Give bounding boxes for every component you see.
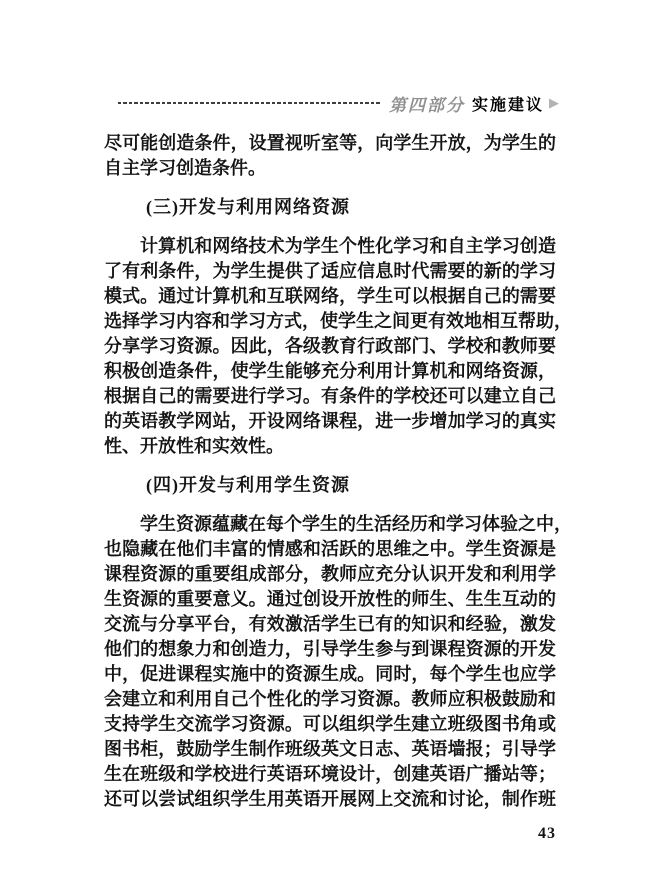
text-line: 生在班级和学校进行英语环境设计，创建英语广播站等； bbox=[104, 762, 556, 787]
text-line: 图书柜，鼓励学生制作班级英文日志、英语墙报；引导学 bbox=[104, 737, 556, 762]
text-line: 的英语教学网站，开设网络课程，进一步增加学习的真实 bbox=[104, 409, 556, 434]
section-heading: (三)开发与利用网络资源 bbox=[104, 195, 556, 220]
text-line: 他们的想象力和创造力，引导学生参与到课程资源的开发 bbox=[104, 637, 556, 662]
page-body: 尽可能创造条件，设置视听室等，向学生开放，为学生的自主学习创造条件。(三)开发与… bbox=[104, 131, 556, 812]
right-triangle-icon: ▶ bbox=[549, 97, 559, 110]
paragraph: 尽可能创造条件，设置视听室等，向学生开放，为学生的自主学习创造条件。 bbox=[104, 131, 556, 181]
section-title: 实施建议 bbox=[472, 92, 544, 115]
paragraph: 学生资源蕴藏在每个学生的生活经历和学习体验之中，也隐藏在他们丰富的情感和活跃的思… bbox=[104, 512, 556, 812]
text-line: 分享学习资源。因此，各级教育行政部门、学校和教师要 bbox=[104, 334, 556, 359]
section-heading: (四)开发与利用学生资源 bbox=[104, 473, 556, 498]
text-line: 生资源的重要意义。通过创设开放性的师生、生生互动的 bbox=[104, 587, 556, 612]
text-line: 支持学生交流学习资源。可以组织学生建立班级图书角或 bbox=[104, 712, 556, 737]
text-line: 积极创造条件，使学生能够充分利用计算机和网络资源， bbox=[104, 359, 556, 384]
text-line: 根据自己的需要进行学习。有条件的学校还可以建立自己 bbox=[104, 384, 556, 409]
text-line: 选择学习内容和学习方式，使学生之间更有效地相互帮助， bbox=[104, 309, 556, 334]
text-line: 中，促进课程实施中的资源生成。同时，每个学生也应学 bbox=[104, 662, 556, 687]
text-line: 计算机和网络技术为学生个性化学习和自主学习创造 bbox=[104, 234, 556, 259]
text-line: 也隐藏在他们丰富的情感和活跃的思维之中。学生资源是 bbox=[104, 537, 556, 562]
text-line: 了有利条件，为学生提供了适应信息时代需要的新的学习 bbox=[104, 259, 556, 284]
text-line: 交流与分享平台，有效激活学生已有的知识和经验，激发 bbox=[104, 612, 556, 637]
text-line: 学生资源蕴藏在每个学生的生活经历和学习体验之中， bbox=[104, 512, 556, 537]
text-line: 还可以尝试组织学生用英语开展网上交流和讨论，制作班 bbox=[104, 787, 556, 812]
paragraph: 计算机和网络技术为学生个性化学习和自主学习创造了有利条件，为学生提供了适应信息时… bbox=[104, 234, 556, 459]
text-line: 课程资源的重要组成部分，教师应充分认识开发和利用学 bbox=[104, 562, 556, 587]
section-part-label: 第四部分 bbox=[389, 91, 465, 116]
text-line: 模式。通过计算机和互联网络，学生可以根据自己的需要 bbox=[104, 284, 556, 309]
scanned-book-page: 第四部分 实施建议 ▶ 尽可能创造条件，设置视听室等，向学生开放，为学生的自主学… bbox=[0, 0, 668, 891]
text-line: 会建立和利用自己个性化的学习资源。教师应积极鼓励和 bbox=[104, 687, 556, 712]
dotted-leader-line bbox=[118, 102, 380, 104]
running-header: 第四部分 实施建议 ▶ bbox=[118, 93, 559, 113]
text-line: 性、开放性和实效性。 bbox=[104, 434, 556, 459]
page-number: 43 bbox=[538, 825, 556, 843]
text-line: 尽可能创造条件，设置视听室等，向学生开放，为学生的 bbox=[104, 131, 556, 156]
text-line: 自主学习创造条件。 bbox=[104, 156, 556, 181]
